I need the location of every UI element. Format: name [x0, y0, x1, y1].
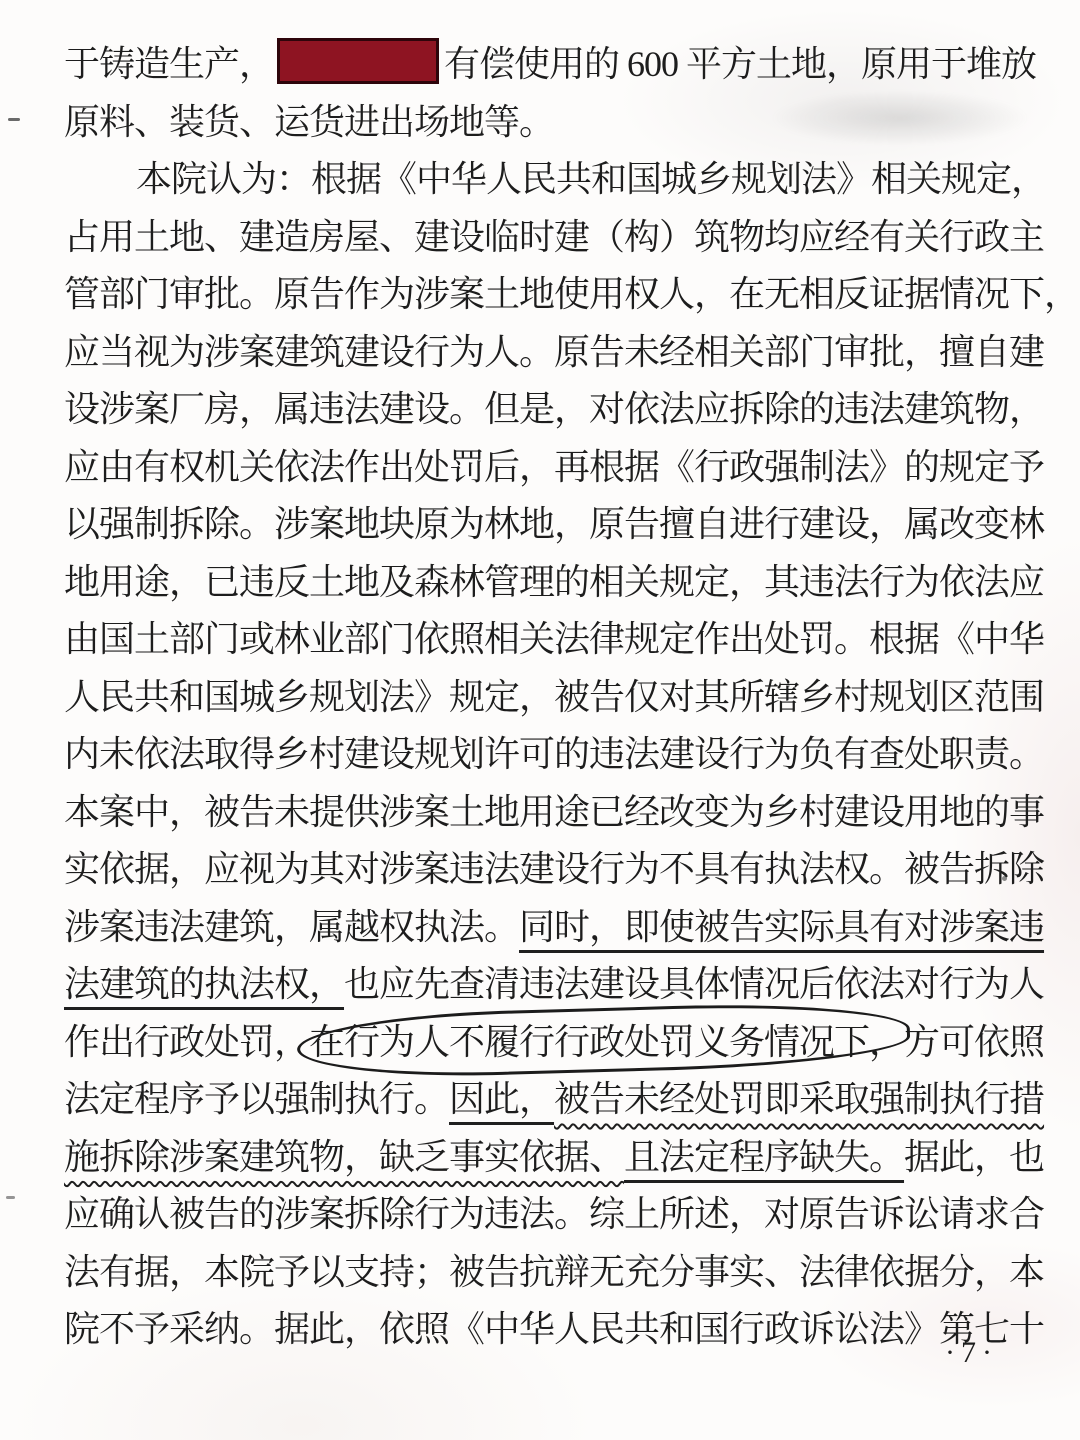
text-line: 设涉案厂房，属违法建设。但是，对依法应拆除的违法建筑物， — [64, 381, 1032, 439]
text-segment: 法定程序予以强制执行。 — [64, 1079, 449, 1119]
text-segment: 有偿使用的 600 平方土地，原用于堆放 — [444, 44, 1036, 84]
scan-speck — [8, 118, 20, 121]
text-segment: 于铸造生产， — [64, 44, 274, 84]
text-segment: 占用土地、建造房屋、建设临时建（构）筑物均应经有关行政主 — [64, 217, 1044, 257]
text-line: 涉案违法建筑，属越权执法。同时，即使被告实际具有对涉案违 — [64, 899, 1032, 957]
text-segment: 法有据，本院予以支持；被告抗辩无充分事实、法律依据分，本 — [64, 1252, 1044, 1292]
text-line: 管部门审批。原告作为涉案土地使用权人，在无相反证据情况下， — [64, 266, 1032, 324]
text-line: 本案中，被告未提供涉案土地用途已经改变为乡村建设用地的事 — [64, 784, 1032, 842]
text-line: 人民共和国城乡规划法》规定，被告仅对其所辖乡村规划区范围 — [64, 669, 1032, 727]
text-line: 施拆除涉案建筑物，缺乏事实依据、且法定程序缺失。据此，也 — [64, 1129, 1032, 1187]
text-line: 以强制拆除。涉案地块原为林地，原告擅自进行建设，属改变林 — [64, 496, 1032, 554]
text-segment: 应当视为涉案建筑建设行为人。原告未经相关部门审批，擅自建 — [64, 332, 1044, 372]
scanned-document-page: 于铸造生产，有偿使用的 600 平方土地，原用于堆放 原料、装货、运货进出场地等… — [0, 0, 1080, 1440]
text-segment: 应由有权机关依法作出处罚后，再根据《行政强制法》的规定予 — [64, 447, 1044, 487]
wavy-underlined-phrase: 施拆除涉案建筑物，缺乏事实依据、 — [64, 1137, 624, 1177]
text-segment: 院不予采纳。据此，依照《中华人民共和国行政诉讼法》第七十 — [64, 1309, 1044, 1349]
text-segment: 应确认被告的涉案拆除行为违法。综上所述，对原告诉讼请求合 — [64, 1194, 1044, 1234]
text-segment: 原料、装货、运货进出场地等。 — [64, 102, 554, 142]
text-line: 于铸造生产，有偿使用的 600 平方土地，原用于堆放 — [64, 36, 1032, 94]
text-segment: 管部门审批。原告作为涉案土地使用权人，在无相反证据情况下， — [64, 274, 1079, 314]
text-segment: 本案中，被告未提供涉案土地用途已经改变为乡村建设用地的事 — [64, 792, 1044, 832]
redaction-box — [277, 38, 439, 84]
text-segment: 人民共和国城乡规划法》规定，被告仅对其所辖乡村规划区范围 — [64, 677, 1044, 717]
wavy-underlined-phrase: 被告未经处罚即采取强制执行措 — [554, 1079, 1044, 1119]
text-segment: 由国土部门或林业部门依照相关法律规定作出处罚。根据《中华 — [64, 619, 1044, 659]
text-line: 法建筑的执法权，也应先查清违法建设具体情况后依法对行为人 — [64, 956, 1032, 1014]
text-segment: 涉案违法建筑，属越权执法。 — [64, 907, 519, 947]
scan-speck — [6, 1196, 15, 1199]
text-line: 应确认被告的涉案拆除行为违法。综上所述，对原告诉讼请求合 — [64, 1186, 1032, 1244]
text-line-paragraph-start: 本院认为：根据《中华人民共和国城乡规划法》相关规定， — [64, 151, 1032, 209]
text-segment: 内未依法取得乡村建设规划许可的违法建设行为负有查处职责。 — [64, 734, 1044, 774]
underlined-phrase: 且法定程序缺失。 — [624, 1137, 904, 1177]
text-line: 内未依法取得乡村建设规划许可的违法建设行为负有查处职责。 — [64, 726, 1032, 784]
text-line: 占用土地、建造房屋、建设临时建（构）筑物均应经有关行政主 — [64, 209, 1032, 267]
text-line: 实依据，应视为其对涉案违法建设行为不具有执法权。被告拆除 — [64, 841, 1032, 899]
text-segment: 本院认为：根据《中华人民共和国城乡规划法》相关规定， — [136, 159, 1046, 199]
underlined-phrase: 同时，即使被告实际具有对涉案违 — [519, 907, 1044, 947]
text-segment: 方可依照 — [904, 1022, 1044, 1062]
document-body: 于铸造生产，有偿使用的 600 平方土地，原用于堆放 原料、装货、运货进出场地等… — [64, 36, 1032, 1359]
text-line: 应当视为涉案建筑建设行为人。原告未经相关部门审批，擅自建 — [64, 324, 1032, 382]
text-line: 由国土部门或林业部门依照相关法律规定作出处罚。根据《中华 — [64, 611, 1032, 669]
text-line: 地用途，已违反土地及森林管理的相关规定，其违法行为依法应 — [64, 554, 1032, 612]
text-line: 法有据，本院予以支持；被告抗辩无充分事实、法律依据分，本 — [64, 1244, 1032, 1302]
text-segment: 地用途，已违反土地及森林管理的相关规定，其违法行为依法应 — [64, 562, 1044, 602]
underlined-phrase: 法建筑的执法权， — [64, 964, 344, 1004]
text-segment: 实依据，应视为其对涉案违法建设行为不具有执法权。被告拆除 — [64, 849, 1044, 889]
page-number: ·7· — [945, 1336, 998, 1370]
underlined-phrase: 因此， — [449, 1079, 554, 1119]
text-line: 院不予采纳。据此，依照《中华人民共和国行政诉讼法》第七十 — [64, 1301, 1032, 1359]
circled-phrase: 在行为人不履行行政处罚义务情况下， — [309, 1014, 904, 1072]
text-segment: 也应先查清违法建设具体情况后依法对行为人 — [344, 964, 1044, 1004]
text-line: 原料、装货、运货进出场地等。 — [64, 94, 1032, 152]
text-segment: 设涉案厂房，属违法建设。但是，对依法应拆除的违法建筑物， — [64, 389, 1044, 429]
text-line: 法定程序予以强制执行。因此，被告未经处罚即采取强制执行措 — [64, 1071, 1032, 1129]
text-segment: 作出行政处罚， — [64, 1022, 309, 1062]
text-line: 作出行政处罚，在行为人不履行行政处罚义务情况下，方可依照 — [64, 1014, 1032, 1072]
text-segment: 据此，也 — [904, 1137, 1044, 1177]
text-segment: 以强制拆除。涉案地块原为林地，原告擅自进行建设，属改变林 — [64, 504, 1044, 544]
text-line: 应由有权机关依法作出处罚后，再根据《行政强制法》的规定予 — [64, 439, 1032, 497]
